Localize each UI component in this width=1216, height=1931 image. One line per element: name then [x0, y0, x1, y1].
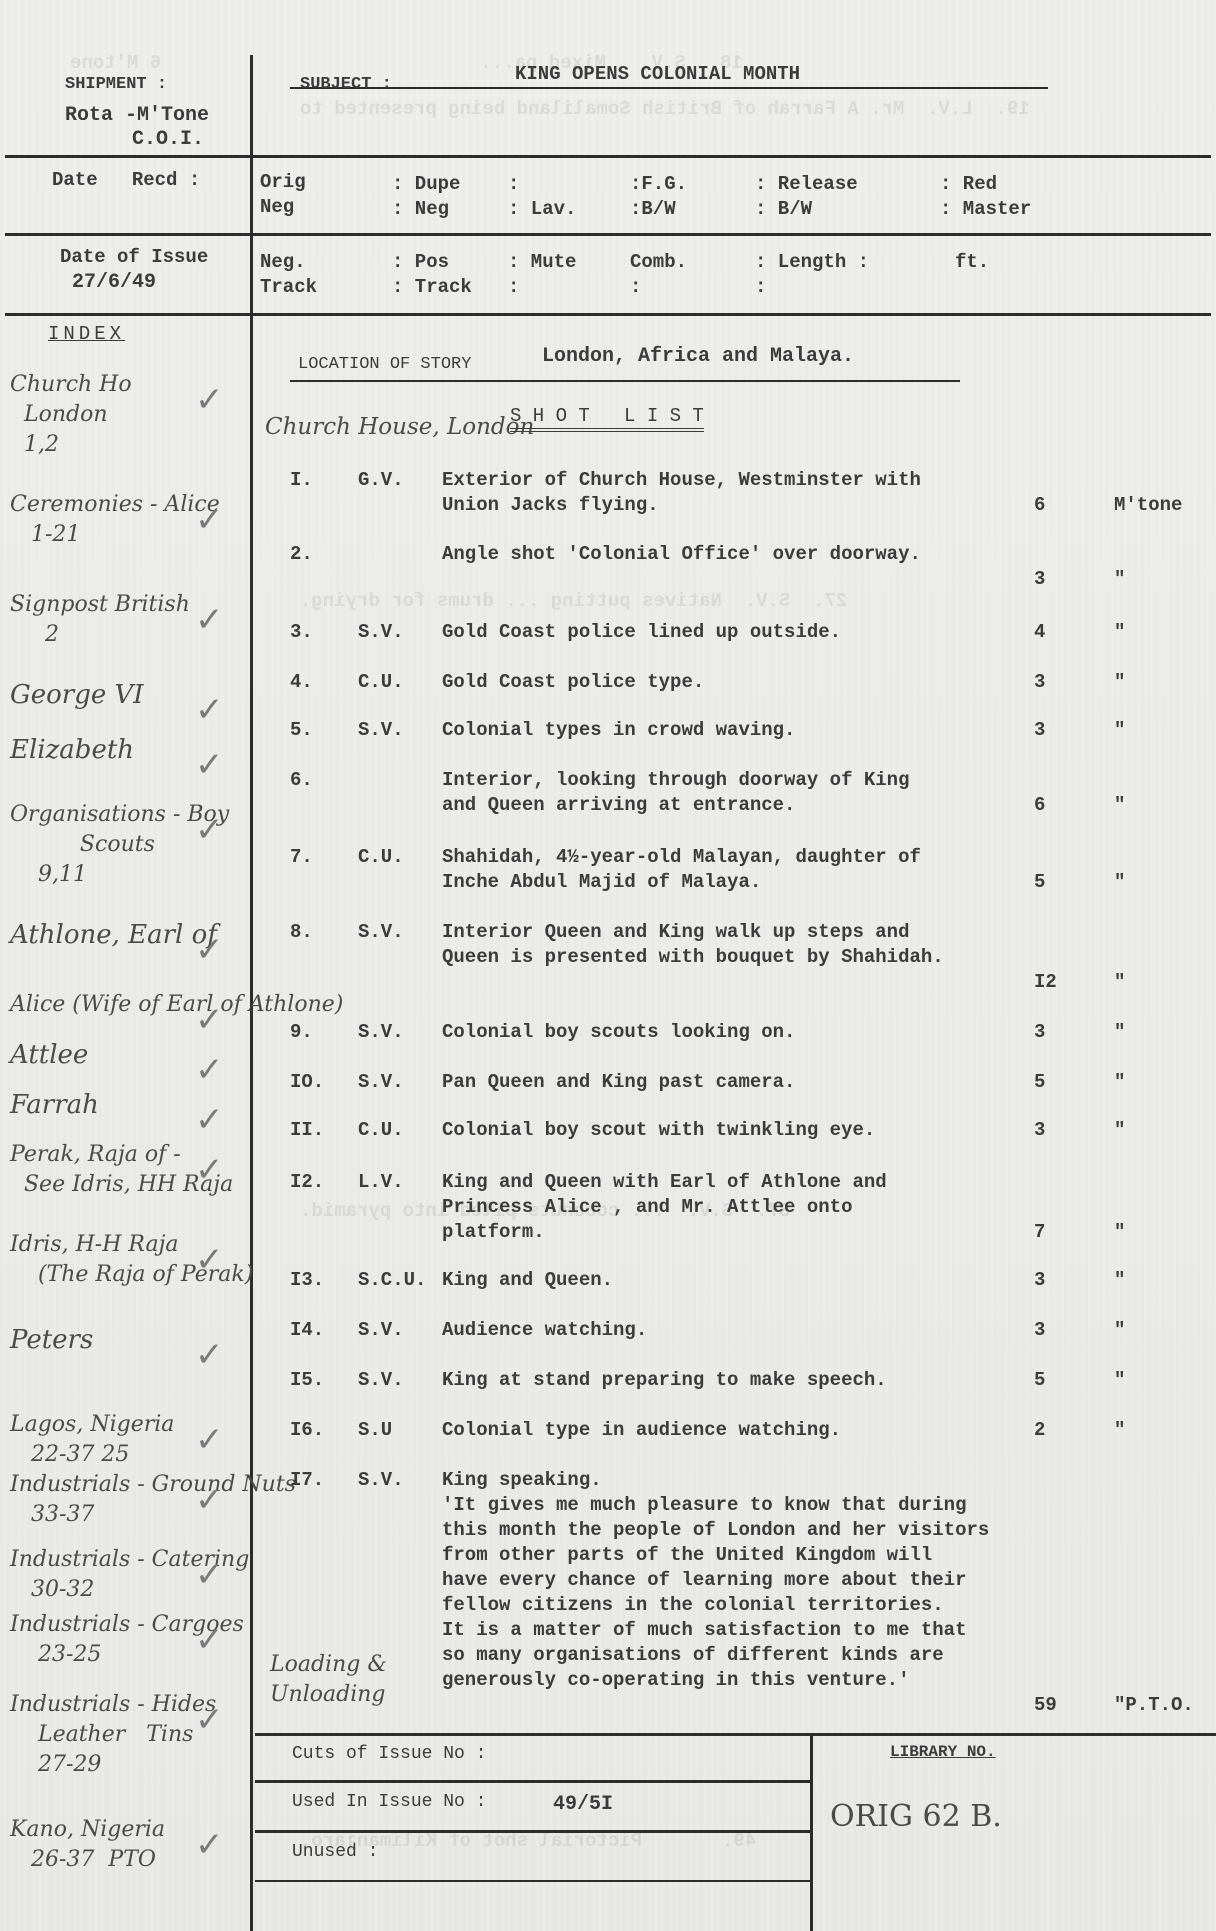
shot-length: 2	[1034, 1418, 1045, 1443]
shot-description: Gold Coast police lined up outside.	[442, 620, 1092, 645]
shot-description: King and Queen.	[442, 1268, 1092, 1293]
neg-track-label: Neg.Track	[260, 250, 317, 300]
pos-track-label: : Pos: Track	[392, 250, 472, 300]
shot-description: King speaking. 'It gives me much pleasur…	[442, 1468, 1092, 1693]
checkmark-icon: ✓	[195, 930, 224, 970]
shot-type: C.U.	[358, 1118, 404, 1143]
shot-description: Colonial type in audience watching.	[442, 1418, 1092, 1443]
shot-tone: "	[1114, 1418, 1125, 1443]
footer-row-divider	[255, 1880, 813, 1882]
shot-tone: "	[1114, 670, 1125, 695]
margin-note-loading: Loading & Unloading	[270, 1650, 387, 1710]
index-heading: INDEX	[48, 322, 125, 347]
checkmark-icon: ✓	[195, 1480, 224, 1520]
used-in-issue-label: Used In Issue No :	[292, 1790, 486, 1815]
checkmark-icon: ✓	[195, 745, 224, 785]
shot-tone: "	[1114, 793, 1125, 818]
lav-label: :: Lav.	[508, 172, 576, 222]
location-underline	[290, 380, 960, 382]
shot-tone: "	[1114, 970, 1125, 995]
checkmark-icon: ✓	[195, 1825, 224, 1865]
shipment-value-2: C.O.I.	[132, 127, 204, 152]
shot-type: S.C.U.	[358, 1268, 426, 1293]
index-entry: Attlee	[10, 1040, 88, 1070]
shot-type: L.V.	[358, 1170, 404, 1195]
shipment-value: Rota -M'Tone	[65, 103, 209, 128]
row-divider	[5, 155, 1211, 158]
archive-document-sheet: 18. S.V. Mixed pa... 6 M'tone 19. L.V. M…	[0, 0, 1216, 1931]
library-number-label: LIBRARY NO.	[890, 1740, 996, 1765]
shot-tone: "	[1114, 1268, 1125, 1293]
location-label: LOCATION OF STORY	[298, 352, 471, 377]
shot-length: 4	[1034, 620, 1045, 645]
shot-description: Colonial boy scouts looking on.	[442, 1020, 1092, 1045]
shot-number: I.	[290, 468, 313, 493]
shot-description: Interior, looking through doorway of Kin…	[442, 768, 1092, 818]
index-entry: Lagos, Nigeria 22-37 25	[10, 1410, 174, 1470]
index-entry: Church Ho London 1,2	[10, 370, 132, 460]
index-entry: Industrials - Ground Nuts 33-37	[10, 1470, 296, 1530]
shot-length: 5	[1034, 1070, 1045, 1095]
shot-description: Angle shot 'Colonial Office' over doorwa…	[442, 542, 1092, 567]
shot-length: 3	[1034, 567, 1045, 592]
shot-description: Colonial types in crowd waving.	[442, 718, 1092, 743]
shot-number: I7.	[290, 1468, 324, 1493]
shot-list-heading: S H O T L I S T	[510, 404, 704, 429]
shot-description: Gold Coast police type.	[442, 670, 1092, 695]
shot-length: 3	[1034, 1020, 1045, 1045]
shot-type: S.V.	[358, 1368, 404, 1393]
date-of-issue-label: Date of Issue	[60, 245, 208, 270]
checkmark-icon: ✓	[195, 810, 224, 850]
shot-length: 6	[1034, 493, 1045, 518]
shot-length: 3	[1034, 1118, 1045, 1143]
shot-type: C.U.	[358, 670, 404, 695]
shot-number: I3.	[290, 1268, 324, 1293]
checkmark-icon: ✓	[195, 500, 224, 540]
subject-label: SUBJECT :	[300, 72, 392, 97]
shot-length: 3	[1034, 1268, 1045, 1293]
shot-length: 3	[1034, 670, 1045, 695]
shot-type: S.V.	[358, 1070, 404, 1095]
shot-number: II.	[290, 1118, 324, 1143]
comb-label: Comb.:	[630, 250, 687, 300]
shot-number: I6.	[290, 1418, 324, 1443]
checkmark-icon: ✓	[195, 1555, 224, 1595]
shot-length: 7	[1034, 1220, 1045, 1245]
shot-tone: "	[1114, 1220, 1125, 1245]
location-value: London, Africa and Malaya.	[542, 344, 854, 369]
shot-tone: "	[1114, 1368, 1125, 1393]
unused-label: Unused :	[292, 1840, 378, 1865]
shot-tone: "	[1114, 1070, 1125, 1095]
shot-type: S.V.	[358, 718, 404, 743]
checkmark-icon: ✓	[195, 690, 224, 730]
index-entry: George VI	[10, 680, 144, 710]
shot-length: 5	[1034, 870, 1045, 895]
footer-row-divider	[255, 1780, 813, 1783]
index-entry: Industrials - Hides Leather Tins 27-29	[10, 1690, 216, 1780]
length-label: : Length ::	[755, 250, 869, 300]
dupe-neg-label: : Dupe: Neg	[392, 172, 460, 222]
shot-number: IO.	[290, 1070, 324, 1095]
shot-number: I5.	[290, 1368, 324, 1393]
orig-neg-label: OrigNeg	[260, 170, 306, 220]
checkmark-icon: ✓	[195, 1050, 224, 1090]
index-entry: Alice (Wife of Earl of Athlone)	[10, 990, 343, 1020]
shot-number: 5.	[290, 718, 313, 743]
bleed-through-text: 19. L.V. Mr. A Farrah of British Somalil…	[300, 98, 1030, 120]
shot-tone: "	[1114, 1020, 1125, 1045]
shot-type: G.V.	[358, 468, 404, 493]
shot-type: S.V.	[358, 1318, 404, 1343]
shot-number: 8.	[290, 920, 313, 945]
index-entry: Ceremonies - Alice 1-21	[10, 490, 220, 550]
shot-type: S.V.	[358, 620, 404, 645]
library-number-value: ORIG 62 B.	[830, 1802, 1002, 1832]
index-entry: Farrah	[10, 1090, 99, 1120]
shipment-label: SHIPMENT :	[65, 72, 167, 97]
mute-label: : Mute:	[508, 250, 576, 300]
checkmark-icon: ✓	[195, 1620, 224, 1660]
shot-description: Shahidah, 4½-year-old Malayan, daughter …	[442, 845, 1092, 895]
footer-divider	[255, 1733, 1216, 1736]
shot-length: 3	[1034, 718, 1045, 743]
shot-type: S.V.	[358, 1468, 404, 1493]
checkmark-icon: ✓	[195, 1420, 224, 1460]
row-divider	[5, 313, 1211, 316]
footer-row-divider	[255, 1830, 813, 1833]
shot-number: I2.	[290, 1170, 324, 1195]
shot-tone: "	[1114, 1118, 1125, 1143]
shot-number: 3.	[290, 620, 313, 645]
shot-type: C.U.	[358, 845, 404, 870]
shot-tone: M'tone	[1114, 493, 1182, 518]
checkmark-icon: ✓	[195, 600, 224, 640]
location-handwritten-note: Church House, London	[265, 412, 534, 442]
shot-tone: "P.T.O.	[1114, 1693, 1194, 1718]
subject-underline	[290, 87, 1048, 89]
date-received-label: Date Recd :	[52, 168, 200, 193]
shot-description: Exterior of Church House, Westminster wi…	[442, 468, 1092, 518]
bleed-through-text: 27. S.V. Natives putting ... drums for d…	[300, 590, 847, 612]
shot-type: S.V.	[358, 1020, 404, 1045]
release-bw-label: : Release: B/W	[755, 172, 858, 222]
index-entry: Athlone, Earl of	[10, 920, 217, 950]
shot-description: Colonial boy scout with twinkling eye.	[442, 1118, 1092, 1143]
shot-number: 2.	[290, 542, 313, 567]
shot-number: 4.	[290, 670, 313, 695]
checkmark-icon: ✓	[195, 1335, 224, 1375]
shot-tone: "	[1114, 1318, 1125, 1343]
checkmark-icon: ✓	[195, 380, 224, 420]
feet-label: ft.	[955, 250, 989, 275]
shot-number: 9.	[290, 1020, 313, 1045]
shot-description: Interior Queen and King walk up steps an…	[442, 920, 1092, 970]
subject-value: KING OPENS COLONIAL MONTH	[515, 62, 800, 87]
used-in-issue-value: 49/5I	[553, 1792, 613, 1817]
shot-tone: "	[1114, 718, 1125, 743]
checkmark-icon: ✓	[195, 1700, 224, 1740]
row-divider	[5, 233, 1211, 236]
date-of-issue-value: 27/6/49	[72, 270, 156, 295]
red-master-label: : Red: Master	[940, 172, 1031, 222]
shot-length: 59	[1034, 1693, 1057, 1718]
shot-length: 5	[1034, 1368, 1045, 1393]
shot-length: I2	[1034, 970, 1057, 995]
shot-description: King and Queen with Earl of Athlone and …	[442, 1170, 1092, 1245]
checkmark-icon: ✓	[195, 1150, 224, 1190]
shot-type: S.U	[358, 1418, 392, 1443]
shot-description: Pan Queen and King past camera.	[442, 1070, 1092, 1095]
index-entry: Elizabeth	[10, 735, 134, 765]
shot-tone: "	[1114, 620, 1125, 645]
shot-type: S.V.	[358, 920, 404, 945]
shot-length: 6	[1034, 793, 1045, 818]
shot-number: I4.	[290, 1318, 324, 1343]
shot-description: Audience watching.	[442, 1318, 1092, 1343]
shot-description: King at stand preparing to make speech.	[442, 1368, 1092, 1393]
shot-number: 7.	[290, 845, 313, 870]
cuts-of-issue-label: Cuts of Issue No :	[292, 1742, 486, 1767]
shot-tone: "	[1114, 870, 1125, 895]
shot-tone: "	[1114, 567, 1125, 592]
checkmark-icon: ✓	[195, 1240, 224, 1280]
checkmark-icon: ✓	[195, 1100, 224, 1140]
index-entry: Kano, Nigeria 26-37 PTO	[10, 1815, 165, 1875]
shot-number: 6.	[290, 768, 313, 793]
shot-length: 3	[1034, 1318, 1045, 1343]
checkmark-icon: ✓	[195, 1000, 224, 1040]
index-entry: Peters	[10, 1325, 93, 1355]
fg-bw-label: :F.G.:B/W	[630, 172, 687, 222]
index-entry: Signpost British 2	[10, 590, 190, 650]
